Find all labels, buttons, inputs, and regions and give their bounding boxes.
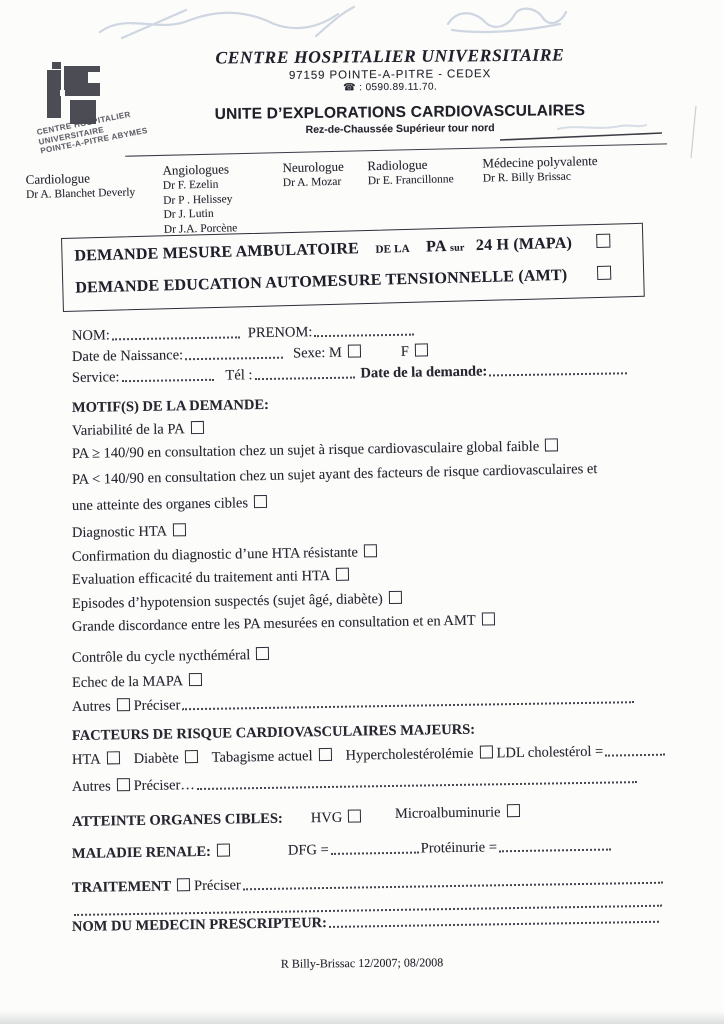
doctor-name: Dr A. Blanchet Deverly [26,186,136,203]
checkbox-risk-autres[interactable] [117,778,130,791]
proteinurie-label: Protéinurie = [421,839,497,856]
checkbox-traitement[interactable] [177,878,190,891]
treatment-field[interactable] [243,871,663,891]
checkbox-hta-resistante[interactable] [364,544,377,557]
micro-label: Microalbuminurie [395,804,501,822]
checkbox-sexe-f[interactable] [415,343,428,356]
hospital-logo-stamp [47,62,101,124]
request-amt-label: DEMANDE EDUCATION AUTOMESURE TENSIONNELL… [75,267,567,297]
staff-col-cardiologue: Cardiologue Dr A. Blanchet Deverly [25,170,135,203]
risk-autres-field[interactable] [197,770,637,790]
checkbox-sexe-m[interactable] [348,344,361,357]
treatment-title: TRAITEMENT [72,878,171,896]
request-type-box: DEMANDE MESURE AMBULATOIRE DE LA PA sur … [61,223,645,312]
tel-field[interactable] [254,366,354,381]
prenom-field[interactable] [314,323,414,338]
row-nom-prenom: NOM:PRENOM: [72,323,417,345]
motif-row-pa-inf: PA < 140/90 en consultation chez un suje… [72,461,598,489]
motif-row-discordance: Grande discordance entre les PA mesurées… [72,612,499,636]
checkbox-tabagisme[interactable] [318,748,331,761]
checkbox-amt[interactable] [597,266,611,280]
staff-col-radiologue: Radiologue Dr E. Francillonne [367,156,454,188]
organs-row: ATTEINTE ORGANES CIBLES:HVG [72,809,366,831]
unit-header: UNITE D’EXPLORATIONS CARDIOVASCULAIRES R… [120,101,680,138]
ldl-field[interactable] [605,743,665,757]
service-field[interactable] [121,368,213,382]
service-label: Service: [72,369,120,386]
motif-row-atteinte-organes: une atteinte des organes cibles [72,495,271,515]
motif-row-efficacite-traitement: Evaluation efficacité du traitement anti… [72,568,353,589]
request-mapa-label: DEMANDE MESURE AMBULATOIRE [74,240,359,264]
checkbox-maladie-renale[interactable] [217,844,230,857]
tel-label: Tél : [225,367,252,383]
risk-row-items: HTADiabèteTabagisme actuelHypercholestér… [72,743,668,769]
hvg-label: HVG [311,810,343,826]
specialty-label: Médecine polyvalente [482,153,597,172]
motif-row-hta-resistante: Confirmation du diagnostic d’une HTA rés… [72,544,381,566]
proteinurie-field[interactable] [499,838,611,853]
specialty-label: Neurologue [282,159,344,176]
pen-mark [691,106,696,158]
specialty-label: Radiologue [367,156,453,174]
dob-field[interactable] [185,346,283,361]
doctor-name: Dr E. Francillonne [368,172,454,188]
motif-row-pa-sup: PA ≥ 140/90 en consultation chez un suje… [72,438,562,463]
checkbox-motif-autres[interactable] [117,698,130,711]
request-mapa-line: DEMANDE MESURE AMBULATOIRE DE LA PA sur … [74,235,572,266]
nom-label: NOM: [72,327,110,344]
motif-row-variabilite: Variabilité de la PA [72,421,208,440]
renal-title: MALADIE RENALE: [72,844,211,862]
specialty-label: Angiologues [162,161,236,179]
checkbox-echec-mapa[interactable] [189,673,202,686]
organs-title: ATTEINTE ORGANES CIBLES: [72,811,283,830]
motif-row-diagnostic-hta: Diagnostic HTA [72,523,190,542]
dfg-field[interactable] [331,841,419,855]
checkbox-atteinte-organes[interactable] [254,495,267,508]
scan-edge-shadow [0,1011,724,1024]
staff-col-neurologue: Neurologue Dr A. Mozar [282,159,344,191]
treatment-preciser-label: Préciser [194,877,241,894]
doctor-name: Dr A. Mozar [283,175,345,191]
motifs-title: MOTIF(S) DE LA DEMANDE: [72,397,269,417]
staff-col-angiologues: Angiologues Dr F. Ezelin Dr P . Helissey… [162,161,237,237]
staff-col-medecine-polyvalente: Médecine polyvalente Dr R. Billy Brissac [482,153,598,186]
checkbox-microalbuminurie[interactable] [506,804,519,817]
handwritten-scribble [100,7,566,38]
motif-row-echec-mapa: Echec de la MAPA [72,673,206,692]
dfg-label: DFG = [288,842,329,859]
risk-row-autres: AutresPréciser… [72,770,639,796]
checkbox-diabete[interactable] [185,750,198,763]
micro-row: Microalbuminurie [395,804,524,823]
dob-label: Date de Naissance: [72,347,183,365]
checkbox-efficacite-traitement[interactable] [336,568,349,581]
doctor-name: Dr P . Helissey [163,192,237,208]
motif-row-cycle: Contrôle du cycle nycthéméral [72,647,274,667]
nom-field[interactable] [112,325,240,340]
date-demande-field[interactable] [489,361,627,376]
checkbox-diagnostic-hta[interactable] [173,523,186,536]
treatment-row: TRAITEMENTPréciser [72,871,665,897]
motif-row-autres: AutresPréciser [72,690,637,716]
renal-row: MALADIE RENALE:DFG =Protéinurie = [72,838,613,863]
checkbox-pa-sup[interactable] [545,438,558,451]
checkbox-hypercholesterolemie[interactable] [479,745,492,758]
checkbox-hta[interactable] [107,751,120,764]
request-amt-line: DEMANDE EDUCATION AUTOMESURE TENSIONNELL… [75,267,567,298]
motif-row-hypotension: Episodes d’hypotension suspectés (sujet … [72,591,406,613]
date-demande-label: Date de la demande: [360,363,487,381]
row-naissance-sexe: Date de Naissance:Sexe: MF [72,343,432,366]
hospital-name: CENTRE HOSPITALIER UNIVERSITAIRE [110,44,670,70]
sexe-m-label: Sexe: M [293,345,342,362]
risk-title: FACTEURS DE RISQUE CARDIOVASCULAIRES MAJ… [72,722,475,745]
checkbox-discordance[interactable] [482,612,495,625]
checkbox-hypotension[interactable] [389,591,402,604]
footer-version-note: R Billy-Brissac 12/2007; 08/2008 [0,953,724,974]
checkbox-hvg[interactable] [348,809,361,822]
sexe-f-label: F [401,344,409,360]
form-header: CENTRE HOSPITALIER UNIVERSITAIRE 97159 P… [110,44,670,96]
checkbox-variabilite[interactable] [190,421,203,434]
prescriber-title: NOM DU MEDECIN PRESCRIPTEUR: [72,915,327,935]
scanned-form-page: CENTRE HOSPITALIER UNIVERSITAIRE 97159 P… [0,0,724,1024]
row-service-tel-date: Service:Tél :Date de la demande: [72,361,630,387]
motif-autres-field[interactable] [182,690,634,710]
checkbox-mapa[interactable] [596,234,610,248]
checkbox-cycle[interactable] [256,647,269,660]
prenom-label: PRENOM: [248,324,313,341]
doctor-name: Dr R. Billy Brissac [483,169,598,186]
